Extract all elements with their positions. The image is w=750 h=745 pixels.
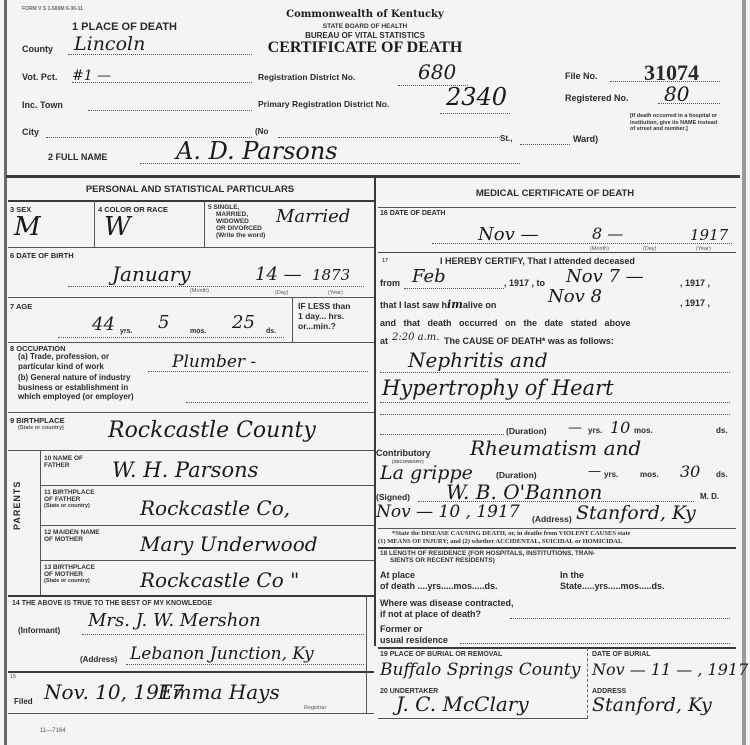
vot-pct-label: Vot. Pct. bbox=[22, 72, 57, 82]
residence-at-place: At place of death ....yrs.....mos.....ds… bbox=[380, 570, 498, 592]
if-less-label: IF LESS than 1 day... hrs. or...min.? bbox=[298, 301, 350, 331]
street-label: St., bbox=[500, 134, 512, 143]
date-of-death-line bbox=[432, 243, 732, 244]
occupation-b-label: (b) General nature of industry business … bbox=[18, 373, 134, 402]
rule bbox=[8, 247, 374, 248]
rule bbox=[8, 342, 374, 343]
disease-contracted-label: Where was disease contracted, if not at … bbox=[380, 598, 514, 620]
certificate-title: CERTIFICATE OF DEATH bbox=[250, 40, 480, 56]
rule bbox=[378, 207, 736, 208]
inc-town-label: Inc. Town bbox=[22, 100, 63, 110]
footer-code: 11—7164 bbox=[40, 728, 66, 734]
registered-no-label: Registered No. bbox=[565, 93, 629, 103]
marital-value: Married bbox=[276, 206, 350, 227]
md-label: M. D. bbox=[700, 492, 719, 501]
vot-pct-value: #1 — bbox=[72, 68, 111, 84]
street-no-label: (No bbox=[255, 127, 268, 136]
race-value: W bbox=[104, 212, 131, 242]
time-of-death: 2:20 a.m. bbox=[392, 332, 439, 343]
birthplace-sub: (State or country) bbox=[18, 425, 64, 431]
informant-address-value: Lebanon Junction, Ky bbox=[130, 644, 314, 664]
filed-number: 15 bbox=[10, 674, 16, 680]
cause-value-1: Nephritis and bbox=[408, 348, 548, 372]
rule bbox=[8, 713, 374, 714]
attended-from-value: Feb bbox=[412, 266, 446, 287]
last-saw-pronoun: im bbox=[447, 298, 463, 311]
informant-address-label: (Address) bbox=[80, 655, 117, 664]
personal-section-title: PERSONAL AND STATISTICAL PARTICULARS bbox=[8, 184, 372, 195]
divider bbox=[204, 201, 205, 247]
state-board-label: STATE BOARD OF HEALTH bbox=[250, 23, 480, 30]
death-occurred-text: and that death occurred on the date stat… bbox=[380, 318, 631, 328]
cause-line-3 bbox=[380, 414, 730, 415]
physician-address-value: Stanford, Ky bbox=[576, 502, 696, 524]
mother-birthplace-label: 13 BIRTHPLACE OF MOTHER (State or countr… bbox=[44, 564, 95, 585]
rule bbox=[8, 450, 374, 451]
dob-year: 1873 bbox=[312, 266, 350, 284]
rule bbox=[40, 525, 374, 526]
death-year: 1917 bbox=[690, 226, 728, 244]
age-years: 44 bbox=[92, 314, 115, 335]
registrar-label: Registrar bbox=[304, 705, 326, 711]
column-divider bbox=[374, 176, 376, 646]
death-certificate: FORM V S 1-500M 6-30-11 1 PLACE OF DEATH… bbox=[0, 0, 750, 745]
city-label: City bbox=[22, 127, 39, 137]
contributory-value-1: Rheumatism and bbox=[470, 436, 641, 460]
birthplace-label: 9 BIRTHPLACE bbox=[10, 416, 65, 425]
informant-value: Mrs. J. W. Mershon bbox=[88, 610, 261, 631]
registered-no-value: 80 bbox=[664, 82, 689, 106]
death-day: 8 — bbox=[592, 224, 623, 243]
county-value: Lincoln bbox=[74, 33, 145, 55]
date-of-death-label: 16 DATE OF DEATH bbox=[380, 210, 445, 217]
attended-from-label: from bbox=[380, 278, 400, 288]
duration-2-yrs: — bbox=[588, 464, 601, 479]
dob-label: 6 DATE OF BIRTH bbox=[10, 251, 74, 260]
duration-1-line bbox=[380, 434, 504, 435]
parents-side-label: PARENTS bbox=[12, 481, 22, 530]
inc-town-line bbox=[88, 110, 252, 111]
residence-label: 18 LENGTH OF RESIDENCE (FOR HOSPITALS, I… bbox=[380, 550, 595, 564]
father-birthplace-value: Rockcastle Co, bbox=[140, 496, 290, 520]
disease-contracted-line bbox=[510, 618, 730, 619]
undertaker-value: J. C. McClary bbox=[396, 692, 529, 716]
cause-value-2: Hypertrophy of Heart bbox=[382, 376, 614, 400]
age-ds-caption: ds. bbox=[266, 328, 276, 335]
hospital-note: [If death occurred in a hospital or inst… bbox=[630, 113, 720, 133]
attended-from-line bbox=[404, 288, 504, 289]
residence-in-state: In the State.....yrs.....mos.....ds. bbox=[560, 570, 665, 592]
duration-1-mos: 10 bbox=[610, 418, 630, 437]
dob-day: 14 — bbox=[255, 264, 302, 285]
father-birthplace-label: 11 BIRTHPLACE OF FATHER (State or countr… bbox=[44, 489, 95, 510]
rule bbox=[8, 595, 374, 597]
rule bbox=[8, 412, 374, 413]
place-of-death-heading: 1 PLACE OF DEATH bbox=[72, 21, 177, 33]
duration-1-mos-caption: mos. bbox=[634, 426, 653, 435]
death-month: Nov — bbox=[478, 224, 538, 245]
ward-line bbox=[520, 144, 570, 145]
informant-label: (Informant) bbox=[18, 626, 60, 635]
mother-birthplace-value: Rockcastle Co " bbox=[140, 568, 299, 592]
burial-date-label: DATE OF BURIAL bbox=[592, 651, 651, 658]
father-name-value: W. H. Parsons bbox=[112, 458, 258, 482]
rule bbox=[40, 560, 374, 561]
dob-day-caption: (Day) bbox=[275, 290, 288, 296]
medical-section-title: MEDICAL CERTIFICATE OF DEATH bbox=[378, 188, 732, 199]
informant-line bbox=[82, 634, 364, 635]
cause-footnote: *State the DISEASE CAUSING DEATH, or, in… bbox=[378, 530, 736, 545]
duration-2-mos-caption: mos. bbox=[640, 470, 659, 479]
certify-text: I HEREBY CERTIFY, That I attended deceas… bbox=[440, 256, 635, 266]
certify-number: 17 bbox=[382, 258, 388, 264]
mother-name-value: Mary Underwood bbox=[140, 532, 318, 556]
file-no-label: File No. bbox=[565, 71, 598, 81]
rule bbox=[378, 252, 736, 253]
dob-line bbox=[68, 286, 364, 287]
burial-place-value: Buffalo Springs County bbox=[380, 660, 580, 680]
rule bbox=[40, 485, 374, 486]
dob-year-caption: (Year) bbox=[328, 290, 343, 296]
filed-label: Filed bbox=[14, 697, 33, 706]
occupation-a-value: Plumber - bbox=[172, 352, 256, 372]
duration-1-yrs-caption: yrs. bbox=[588, 426, 602, 435]
attended-from-year: , 1917 , to bbox=[504, 278, 545, 288]
occupation-b-line bbox=[186, 402, 368, 403]
rule bbox=[378, 547, 736, 549]
birthplace-value: Rockcastle County bbox=[108, 418, 316, 443]
father-name-label: 10 NAME OF FATHER bbox=[44, 455, 83, 469]
burial-date-value: Nov — 11 — , 1917 bbox=[592, 660, 748, 679]
age-line bbox=[58, 337, 284, 338]
rule bbox=[8, 200, 374, 202]
full-name-label: 2 FULL NAME bbox=[48, 152, 107, 162]
form-number: FORM V S 1-500M 6-30-11 bbox=[22, 6, 83, 12]
ward-label: Ward) bbox=[573, 134, 598, 144]
informant-statement: 14 THE ABOVE IS TRUE TO THE BEST OF MY K… bbox=[12, 600, 212, 607]
attended-to-year: , 1917 , bbox=[680, 278, 710, 288]
former-residence-line bbox=[460, 643, 730, 644]
duration-2-ds-caption: ds. bbox=[716, 470, 728, 479]
county-label: County bbox=[22, 44, 53, 54]
duration-1-ds-caption: ds. bbox=[716, 426, 728, 435]
undertaker-address-value: Stanford, Ky bbox=[592, 694, 712, 716]
divider bbox=[292, 298, 293, 342]
cause-line-1 bbox=[380, 372, 730, 373]
rule bbox=[378, 647, 736, 649]
time-label: at bbox=[380, 336, 388, 346]
commonwealth-title: Commonwealth of Kentucky bbox=[250, 9, 480, 20]
duration-1-yrs: — bbox=[568, 420, 582, 436]
signed-label: (Signed) bbox=[376, 492, 410, 502]
age-days: 25 bbox=[232, 312, 255, 333]
dob-month-caption: (Month) bbox=[190, 288, 209, 294]
divider bbox=[40, 450, 41, 596]
divider bbox=[366, 595, 367, 713]
cause-line-2 bbox=[380, 402, 730, 403]
primary-registration-label: Primary Registration District No. bbox=[258, 99, 389, 109]
divider bbox=[587, 648, 588, 718]
rule bbox=[8, 297, 374, 298]
sex-value: M bbox=[14, 212, 41, 242]
rule bbox=[8, 671, 374, 673]
mother-name-label: 12 MAIDEN NAME OF MOTHER bbox=[44, 529, 100, 543]
marital-label: 5 SINGLE, MARRIED, WIDOWED OR DIVORCED (… bbox=[208, 204, 265, 239]
dob-month: January bbox=[112, 262, 191, 286]
contributory-label: Contributory bbox=[376, 448, 431, 458]
last-saw-text: that I last saw himalive on bbox=[380, 298, 496, 311]
rule bbox=[378, 718, 588, 719]
certificate-header: Commonwealth of Kentucky STATE BOARD OF … bbox=[250, 9, 480, 56]
signed-date: Nov — 10 , 1917 bbox=[376, 502, 520, 522]
duration-2-label: (Duration) bbox=[496, 470, 537, 480]
last-saw-date: Nov 8 bbox=[548, 286, 602, 307]
cause-text: The CAUSE OF DEATH* was as follows: bbox=[444, 336, 614, 346]
informant-address-line bbox=[126, 664, 364, 665]
primary-registration-line bbox=[440, 113, 510, 114]
page-edge-right bbox=[742, 0, 746, 745]
primary-registration-value: 2340 bbox=[446, 83, 507, 111]
age-label: 7 AGE bbox=[10, 302, 32, 311]
duration-2-days: 30 bbox=[680, 462, 700, 481]
duration-1-label: (Duration) bbox=[506, 426, 547, 436]
full-name-value: A. D. Parsons bbox=[176, 137, 338, 165]
last-saw-year: , 1917 , bbox=[680, 298, 710, 308]
attended-to-value: Nov 7 — bbox=[566, 266, 644, 287]
registration-district-value: 680 bbox=[418, 60, 456, 84]
rule bbox=[6, 175, 740, 178]
page-edge-left bbox=[4, 0, 7, 745]
physician-address-label: (Address) bbox=[532, 514, 572, 524]
burial-place-label: 19 PLACE OF BURIAL OR REMOVAL bbox=[380, 651, 502, 658]
age-yrs-caption: yrs. bbox=[120, 328, 132, 335]
former-residence-label: Former or usual residence bbox=[380, 624, 448, 646]
physician-signature: W. B. O'Bannon bbox=[446, 480, 602, 504]
registration-district-label: Registration District No. bbox=[258, 72, 355, 82]
divider bbox=[94, 201, 95, 247]
occupation-a-label: (a) Trade, profession, or particular kin… bbox=[18, 352, 109, 371]
rule bbox=[378, 528, 736, 529]
age-months: 5 bbox=[158, 312, 169, 333]
age-mos-caption: mos. bbox=[190, 328, 206, 335]
registrar-signature: Emma Hays bbox=[158, 680, 280, 704]
duration-2-yrs-caption: yrs. bbox=[604, 470, 618, 479]
